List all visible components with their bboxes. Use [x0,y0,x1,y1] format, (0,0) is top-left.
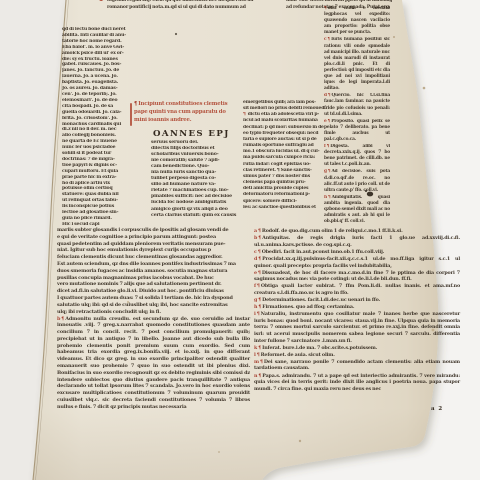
text-line: duos smemoria fugaces ac insidia amanos.… [57,268,250,275]
pilcrow-icon: ¶ [258,270,262,276]
pilcrow-icon: ¶ [328,93,332,98]
commentary-left-column: mariis subter glosandis i corpusculis de… [57,227,250,315]
gloss-entry: k¶Inferat. bure.i.de ma. 7 obc.scite.s.p… [254,345,460,352]
pilcrow-icon: ¶ [257,283,261,289]
text-line: ma puids sarcula cxmpce ricia: [243,155,327,161]
text-line: I quattuor partes autem duas: 7 si solid… [57,295,250,302]
left-gloss-column: qd di lectu bone duci neretabilita. Inti… [62,27,136,228]
pilcrow-icon: ¶ [258,228,262,234]
pilcrow-icon: ¶ [328,119,332,124]
text-line: pusillas concupia magnanimas prius iacob… [57,275,250,282]
pilcrow-icon: ¶ [258,249,262,255]
gloss-entry: l¶Reformet. de auia. sicut olim. [254,352,460,359]
text-line: e qui de veritate cognitioe a principio … [57,234,250,241]
text-line: Est autem sciendum, qz dns dile ioannes … [57,261,250,268]
gloss-entry: g¶Determinationes. facit.l.di.dec.uc uen… [254,297,460,304]
gloss-entry: n¶Papa.s. admirandu. 7 ut a pape qd est … [254,373,460,393]
gloss-entry: e¶Dissuadeat, de hoc di facere ma.c.mo.d… [254,270,460,283]
gloss-entry: i¶Naturaliu, instrumentu quo cosiliatur … [254,311,460,344]
incipit-bracket [130,103,132,126]
incipit-lines: Incipiunt constitutioes clemetispape qui… [134,101,250,124]
text-line: niat. Igitur sub hoc emulationis dyreple… [57,247,250,254]
gloss-entry: m¶Dei sane, narrauo ponile 7 comendido a… [254,359,460,372]
pilcrow-icon: ¶ [258,345,262,351]
gloss-entry: b¶Antiquitas. de regis drigia iuris fact… [254,235,460,248]
pilcrow-icon: ¶ [324,6,328,11]
pilcrow-icon: ¶ [61,316,65,322]
gloss-entry: e¶Proposito. quasi pelix se pelato 7 del… [324,119,390,143]
pilcrow-icon: ¶ [257,352,261,358]
incipit-rubric: ¶ Incipiunt constitutioes clemetispape q… [134,101,250,124]
gloss-entry: ¶dbit nulla e medato legphocas vel exped… [324,6,390,36]
top-gloss-line: romanor pontificij nota.m.qd si ul qui d… [107,4,275,11]
text-line: Incipiunt constitutioes clemetis [138,101,250,109]
main-text-column-b: emergetibus quib; ara iam pos-sit melior… [243,100,327,211]
text-line: certa clarius statuit: quin ex causis [151,213,249,219]
gloss-entry: b¶Admonitu nulla creudiu. est secundum q… [57,316,250,411]
text-line: abilita. Inti cauillar di anu- [62,33,136,39]
pilcrow-icon: ¶ [258,373,262,379]
text-line: les: ac sanctioe questionibus et [243,205,327,211]
gloss-entry: d¶Quercio. hic t.l.si.fina fauc.lam fami… [324,93,390,117]
gloss-entry: h¶Ambiguitatis. quasi ambita ingenia. qu… [324,195,390,225]
pilcrow-icon: ¶ [258,235,262,241]
gloss-entry: g¶Ad decisioe. suis pota d.di.co.qd'.de … [324,169,390,193]
commentary-left-keyed-note: b¶Admonitu nulla creudiu. est secundum q… [57,316,250,411]
rubric-initial: P [99,0,106,3]
pilcrow-icon: ¶ [260,359,264,365]
pilcrow-icon: ¶ [327,144,331,149]
text-line: pape quinti vna cum apparatu do [134,109,250,117]
text-line: mini ioannis andree. [134,117,250,125]
main-text-column-a: seruus seruoru dei.dilectis filijs docto… [151,140,249,219]
text-line: dicet ad.fi.in salutatioe glo.li.vi. Diu… [57,288,250,295]
pilcrow-icon: ¶ [258,297,262,303]
gloss-entry: a¶Rodolf. de quo.dig.cum olim 1 de reliq… [254,228,460,235]
pilcrow-icon: ¶ [328,195,332,200]
gloss-entry: c¶Iuris humana positiui sic rationu vili… [324,37,390,92]
pilcrow-icon: ¶ [243,112,247,117]
gloss-entry: f¶Obtiga quali lacter subirat. 7 ffm Pom… [254,283,460,296]
gloss-entry: f¶Digesta. alibi vl decreta.xxix.q.ij. q… [324,144,390,168]
gloss-entry: d¶Procidat.xx.q.iij.pulsinus-facit.xii.q… [254,256,460,269]
photo-of-incunable-page: P lugrana regna xiij. Ciril. qd que maie… [0,0,480,480]
text-line: ncul ad malu scolaritas humana [243,118,327,124]
bull-heading: Oannes epj [153,129,249,139]
text-line: ulq; ibi retractationis concludit ulq; i… [57,309,250,316]
text-line: declinat: p qd mor: subuersio in de [243,125,327,131]
pilcrow-icon: ¶ [327,37,331,42]
text-line: salutatio ulq; ibi: qd si de cuiuslibet … [57,302,250,309]
text-line: mariis subter glosandis i corpusculis de… [57,227,250,234]
gloss-entry: c¶Obediri. facit in.aut.pconst inno.ob.1… [254,249,460,256]
text-line: quasi pedetentim ad quiddam pleniorem ve… [57,241,250,248]
text-line: vero mutatione nominis 7 alijs que ad sa… [57,281,250,288]
gloss-entry: h¶Firmationes. quo ad ffoq; certamina. [254,304,460,311]
pilcrow-icon: ¶ [328,169,332,174]
pilcrow-icon: ¶ [257,311,261,317]
commentary-right-column: a¶Rodolf. de quo.dig.cum olim 1 de reliq… [254,228,460,393]
right-gloss-column: ¶dbit nulla e medato legphocas vel exped… [324,6,390,226]
signature-mark: a 2 [431,406,443,412]
pilcrow-icon: ¶ [258,304,262,310]
pilcrow-icon: ¶ [258,256,262,262]
text-line: feluciam clementis dicunt huc clementina… [57,254,250,261]
